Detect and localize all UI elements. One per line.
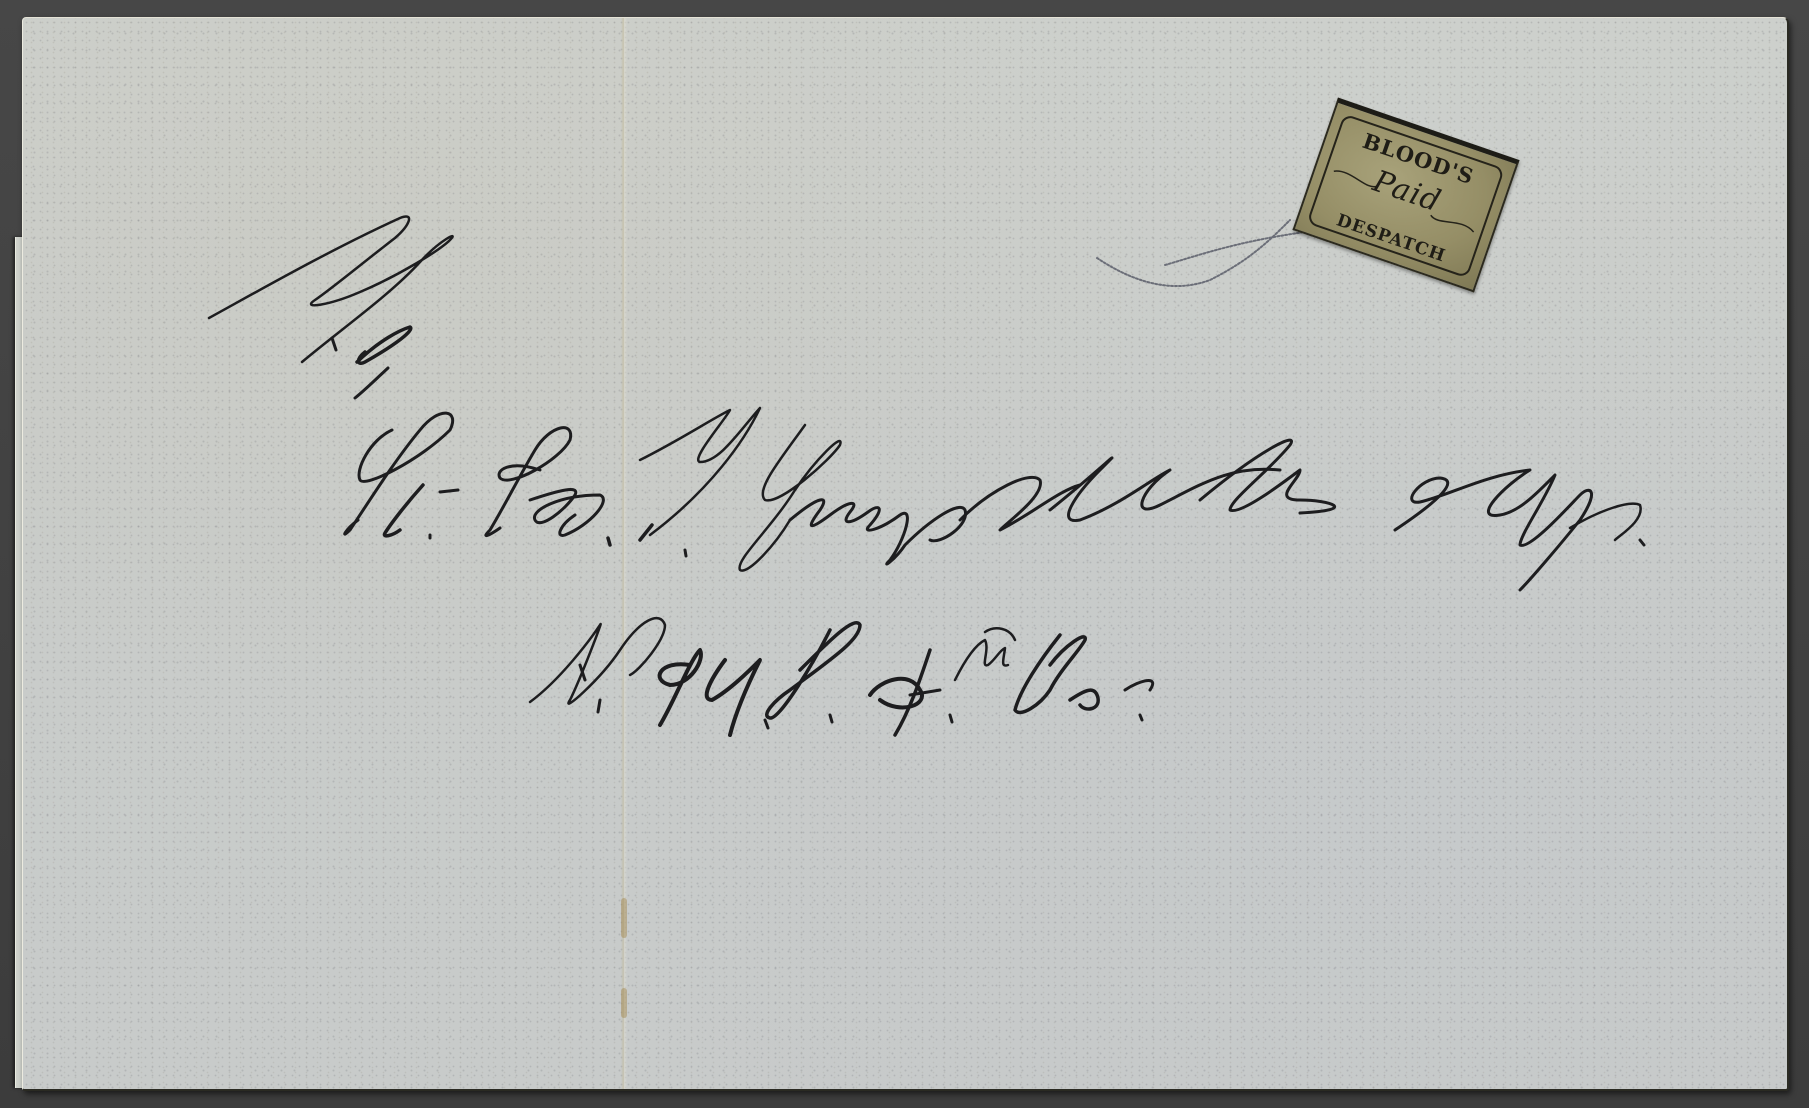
address-street: No. 94. S. 4th St. [530, 630, 1139, 712]
envelope-cover [22, 17, 1789, 1091]
address-salutation: To, [210, 250, 301, 320]
paper-texture [23, 18, 1787, 1089]
toning-stain [621, 898, 627, 938]
toning-stain [621, 988, 627, 1018]
address-name: St. Geo. J. Campbell Esqr. [330, 450, 1370, 543]
